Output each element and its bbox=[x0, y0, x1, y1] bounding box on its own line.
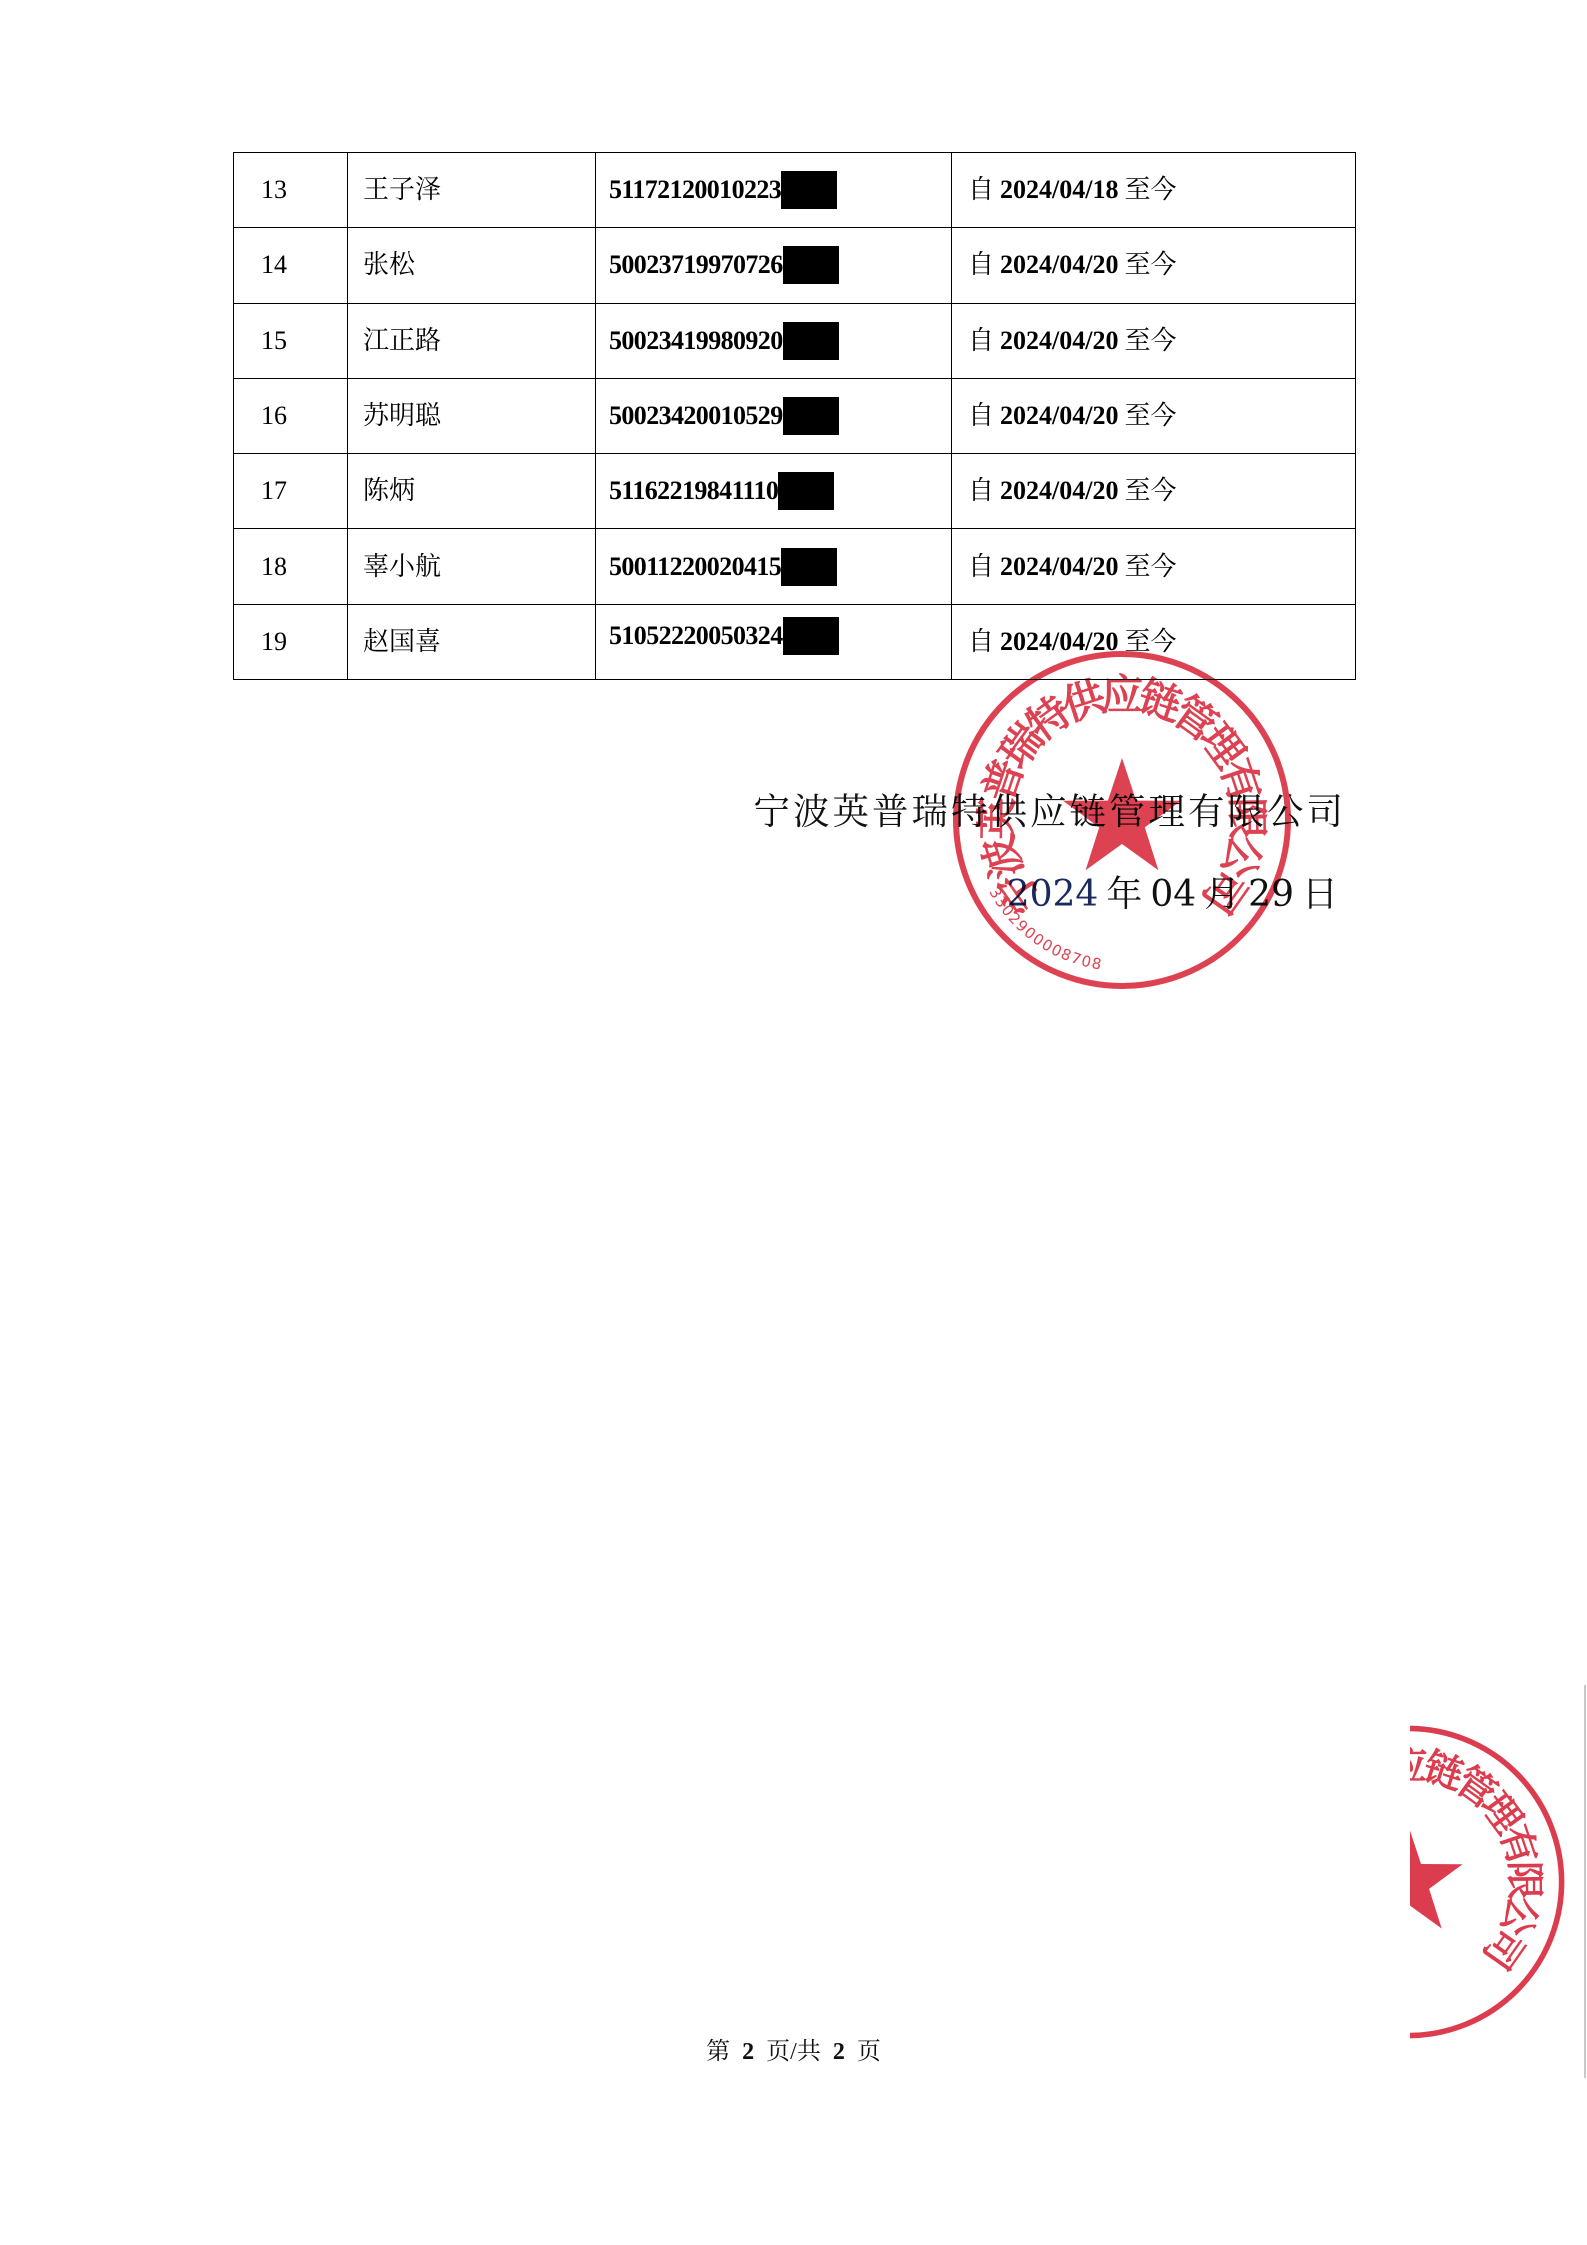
svg-text:0: 0 bbox=[1020, 923, 1039, 943]
signature-date-day: 29 bbox=[1248, 874, 1294, 915]
table-row: 17陈炳51162219841110自2024/04/20至今 bbox=[234, 454, 1356, 529]
svg-text:管: 管 bbox=[1447, 1758, 1505, 1817]
employee-name: 辜小航 bbox=[348, 529, 596, 604]
date-suffix: 至今 bbox=[1124, 627, 1176, 656]
id-number: 50023419980920 bbox=[609, 326, 783, 356]
id-number-cell: 50023419980920 bbox=[596, 303, 952, 378]
row-number: 18 bbox=[234, 529, 348, 604]
employee-name: 陈炳 bbox=[348, 454, 596, 529]
row-number: 15 bbox=[234, 303, 348, 378]
date-prefix: 自 bbox=[968, 476, 994, 505]
row-number: 13 bbox=[234, 153, 348, 228]
id-number: 50011220020415 bbox=[609, 552, 781, 582]
date-prefix: 自 bbox=[968, 552, 994, 581]
start-date: 2024/04/20 bbox=[1000, 627, 1118, 656]
svg-text:限: 限 bbox=[1501, 1861, 1546, 1901]
svg-text:理: 理 bbox=[1471, 1784, 1530, 1842]
id-number: 51172120010223 bbox=[609, 175, 781, 205]
table-row: 18辜小航50011220020415自2024/04/20至今 bbox=[234, 529, 1356, 604]
row-number: 16 bbox=[234, 378, 348, 453]
signature-date-month: 04 bbox=[1150, 874, 1196, 915]
redaction-block bbox=[783, 397, 839, 435]
redaction-block bbox=[783, 617, 839, 655]
employee-name: 江正路 bbox=[348, 303, 596, 378]
employment-period: 自2024/04/20至今 bbox=[952, 378, 1356, 453]
svg-text:有: 有 bbox=[1490, 1820, 1545, 1871]
employee-table-body: 13王子泽51172120010223自2024/04/18至今14张松5002… bbox=[234, 153, 1356, 680]
svg-text:特: 特 bbox=[1018, 686, 1081, 750]
employee-name: 王子泽 bbox=[348, 153, 596, 228]
date-suffix: 至今 bbox=[1124, 326, 1176, 355]
employment-period: 自2024/04/20至今 bbox=[952, 303, 1356, 378]
employment-period: 自2024/04/20至今 bbox=[952, 454, 1356, 529]
start-date: 2024/04/20 bbox=[1000, 476, 1118, 505]
employee-name: 苏明聪 bbox=[348, 378, 596, 453]
employment-period: 自2024/04/18至今 bbox=[952, 153, 1356, 228]
table-row: 13王子泽51172120010223自2024/04/18至今 bbox=[234, 153, 1356, 228]
table-row: 15江正路50023419980920自2024/04/20至今 bbox=[234, 303, 1356, 378]
id-number-cell: 51052220050324 bbox=[596, 604, 952, 679]
svg-text:0: 0 bbox=[1079, 952, 1093, 972]
svg-text:7: 7 bbox=[1069, 949, 1084, 969]
redaction-block bbox=[781, 171, 837, 209]
signature-date-month-unit: 月 bbox=[1204, 874, 1240, 915]
date-prefix: 自 bbox=[968, 326, 994, 355]
paging-seal-stamp: 宁波英普瑞特供应链管理有限公司3302900008708 bbox=[1410, 1721, 1569, 2043]
employment-period: 自2024/04/20至今 bbox=[952, 228, 1356, 303]
svg-text:3: 3 bbox=[985, 884, 1005, 901]
svg-text:0: 0 bbox=[1048, 940, 1065, 960]
svg-text:0: 0 bbox=[1029, 929, 1047, 949]
date-suffix: 至今 bbox=[1124, 476, 1176, 505]
id-number-cell: 50011220020415 bbox=[596, 529, 952, 604]
id-number-cell: 51162219841110 bbox=[596, 454, 952, 529]
page-edge-line bbox=[1584, 1685, 1586, 2078]
svg-text:瑞: 瑞 bbox=[989, 714, 1053, 777]
row-number: 17 bbox=[234, 454, 348, 529]
start-date: 2024/04/20 bbox=[1000, 552, 1118, 581]
paging-seal-clip: 宁波英普瑞特供应链管理有限公司3302900008708 bbox=[1410, 1715, 1575, 2050]
start-date: 2024/04/18 bbox=[1000, 175, 1118, 204]
date-prefix: 自 bbox=[968, 175, 994, 204]
start-date: 2024/04/20 bbox=[1000, 250, 1118, 279]
document-page: 13王子泽51172120010223自2024/04/18至今14张松5002… bbox=[0, 0, 1587, 2245]
footer-middle: 页/共 bbox=[766, 2039, 821, 2065]
signature-date: 2024年04月29日 bbox=[1007, 866, 1346, 917]
svg-text:管: 管 bbox=[1164, 686, 1227, 750]
table-row: 14张松50023719970726自2024/04/20至今 bbox=[234, 228, 1356, 303]
id-number: 51162219841110 bbox=[609, 476, 778, 506]
svg-text:9: 9 bbox=[1012, 916, 1031, 936]
table-row: 16苏明聪50023420010529自2024/04/20至今 bbox=[234, 378, 1356, 453]
employee-name: 赵国喜 bbox=[348, 604, 596, 679]
row-number: 14 bbox=[234, 228, 348, 303]
svg-text:公: 公 bbox=[1491, 1891, 1545, 1942]
date-prefix: 自 bbox=[968, 250, 994, 279]
redaction-block bbox=[783, 322, 839, 360]
footer-prefix: 第 bbox=[706, 2039, 730, 2065]
id-number: 50023719970726 bbox=[609, 250, 783, 280]
svg-text:0: 0 bbox=[1038, 935, 1055, 955]
footer-page-number: 2 bbox=[742, 2039, 754, 2065]
start-date: 2024/04/20 bbox=[1000, 401, 1118, 430]
date-suffix: 至今 bbox=[1124, 250, 1176, 279]
table-row: 19赵国喜51052220050324自2024/04/20至今 bbox=[234, 604, 1356, 679]
employee-name: 张松 bbox=[348, 228, 596, 303]
svg-text:8: 8 bbox=[1058, 945, 1074, 965]
svg-text:司: 司 bbox=[1473, 1920, 1532, 1978]
employee-table: 13王子泽51172120010223自2024/04/18至今14张松5002… bbox=[233, 152, 1356, 680]
date-prefix: 自 bbox=[968, 401, 994, 430]
redaction-block bbox=[781, 548, 837, 586]
id-number: 51052220050324 bbox=[609, 621, 783, 651]
svg-text:8: 8 bbox=[1090, 954, 1103, 973]
date-prefix: 自 bbox=[968, 627, 994, 656]
signature-date-day-unit: 日 bbox=[1302, 874, 1338, 915]
redaction-block bbox=[783, 246, 839, 284]
footer-total-pages: 2 bbox=[833, 2039, 845, 2065]
signature-date-year-unit: 年 bbox=[1106, 874, 1142, 915]
svg-text:链: 链 bbox=[1133, 671, 1188, 731]
id-number-cell: 51172120010223 bbox=[596, 153, 952, 228]
id-number: 50023420010529 bbox=[609, 401, 783, 431]
svg-text:理: 理 bbox=[1190, 714, 1254, 777]
date-suffix: 至今 bbox=[1124, 552, 1176, 581]
signature-company-name: 宁波英普瑞特供应链管理有限公司 bbox=[754, 783, 1347, 835]
redaction-block bbox=[778, 472, 834, 510]
row-number: 19 bbox=[234, 604, 348, 679]
page-footer: 第 2 页/共 2 页 bbox=[0, 2031, 1587, 2066]
footer-suffix: 页 bbox=[857, 2039, 881, 2065]
employment-period: 自2024/04/20至今 bbox=[952, 604, 1356, 679]
signature-date-year: 2024 bbox=[1007, 874, 1099, 915]
svg-text:应: 应 bbox=[1410, 1744, 1427, 1789]
date-suffix: 至今 bbox=[1124, 401, 1176, 430]
id-number-cell: 50023719970726 bbox=[596, 228, 952, 303]
start-date: 2024/04/20 bbox=[1000, 326, 1118, 355]
employment-period: 自2024/04/20至今 bbox=[952, 529, 1356, 604]
svg-text:链: 链 bbox=[1418, 1745, 1469, 1800]
date-suffix: 至今 bbox=[1124, 175, 1176, 204]
id-number-cell: 50023420010529 bbox=[596, 378, 952, 453]
